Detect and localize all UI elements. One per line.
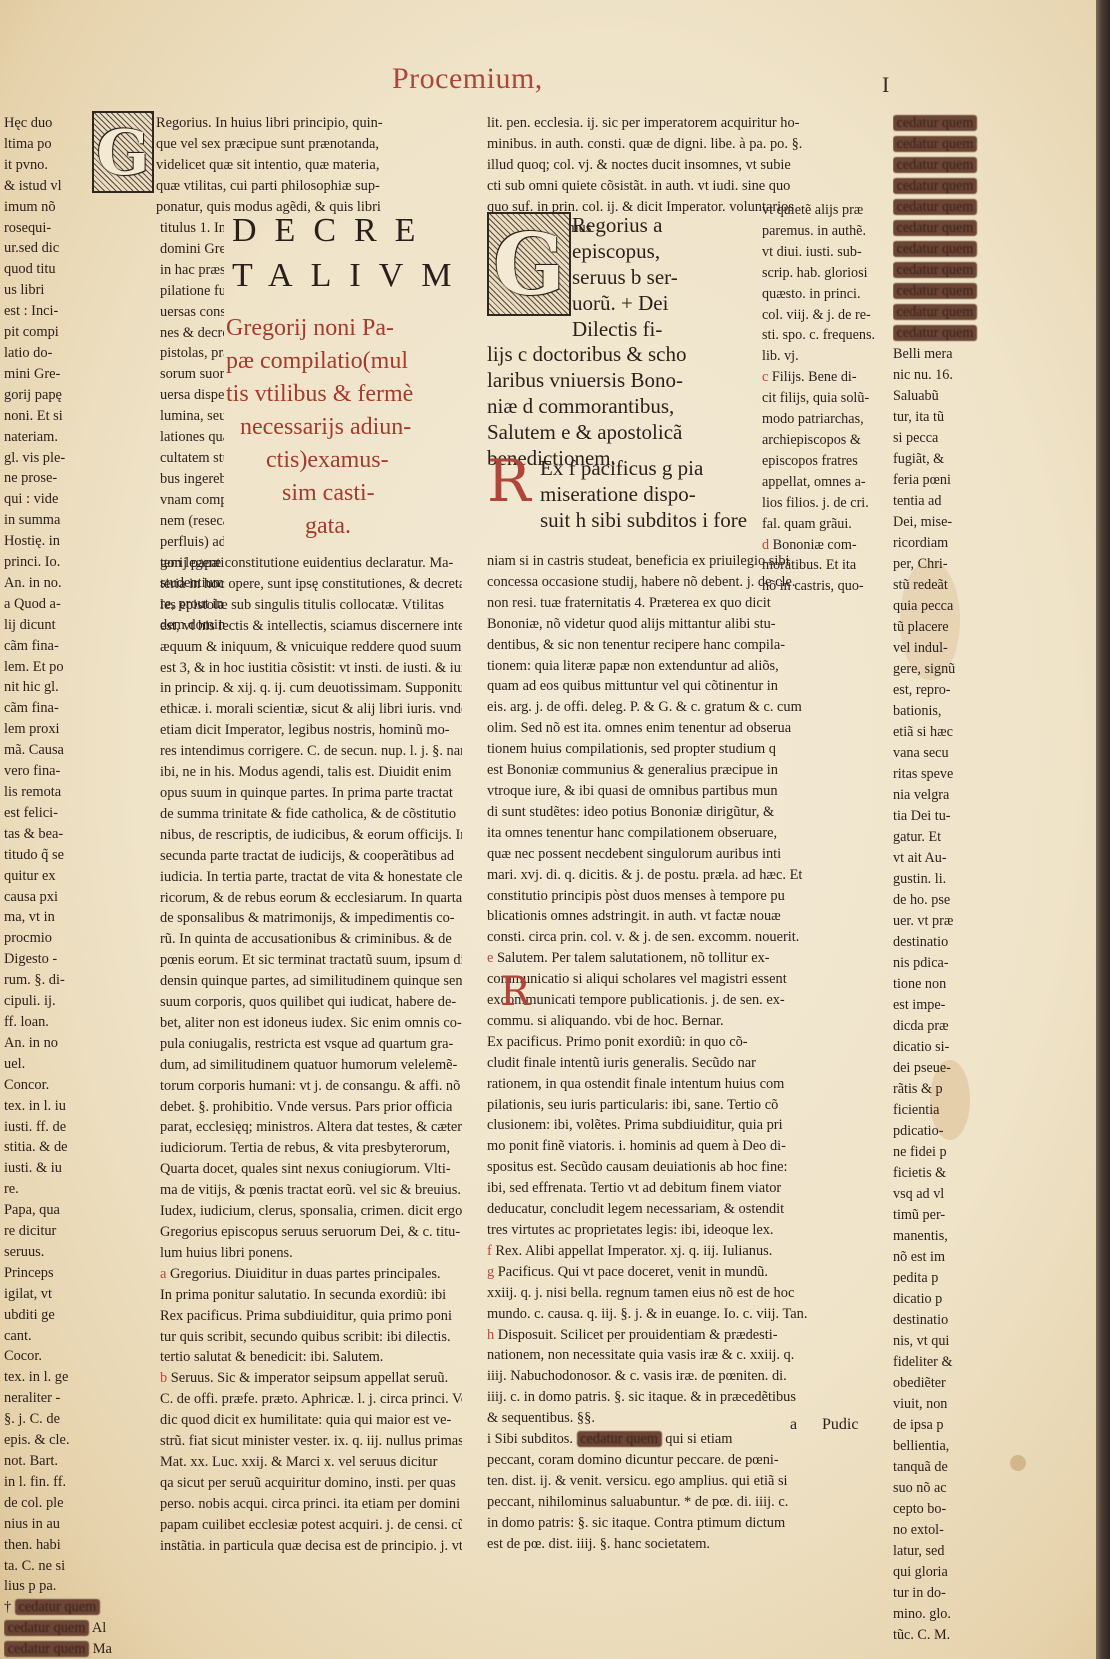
- text-line: nes & decretales e-: [160, 323, 224, 344]
- mid-gloss-lower: niam si in castris studeat, beneficia ex…: [487, 551, 890, 1555]
- text-line: lem. Et po: [4, 657, 154, 678]
- text-line: minibus. in auth. consti. quæ de digni. …: [487, 134, 890, 155]
- text-line: laribus vniuersis Bono-: [487, 367, 686, 393]
- book-page: Procemium, I Hęc duoltima poit pvno.& is…: [0, 0, 1098, 1659]
- text-line: niæ d commorantibus,: [487, 393, 686, 419]
- text-line: iiij. c. in domo patris. §. sic itaque. …: [487, 1387, 890, 1408]
- text-line: Quarta docet, quales sint nexus coniugio…: [160, 1159, 462, 1180]
- text-line: cedatur quem: [893, 239, 993, 260]
- text-line: vt ait Au-: [893, 848, 993, 869]
- text-line: Ex pacificus. Primo ponit exordiũ: in qu…: [487, 1032, 890, 1053]
- text-line: Hostię. in: [4, 531, 154, 552]
- text-line: ritas speve: [893, 764, 993, 785]
- text-line: tanquã de: [893, 1457, 993, 1478]
- text-line: est impe-: [893, 995, 993, 1016]
- text-line: modo patriarchas,: [762, 409, 890, 430]
- text-line: b Seruus. Sic & imperator seipsum appell…: [160, 1368, 462, 1389]
- title-rubric-line: necessarijs adiun-: [240, 411, 411, 444]
- title-rubric-line: gata.: [305, 510, 351, 543]
- text-line: communicatio si aliqui scholares vel mag…: [487, 969, 890, 990]
- text-line: lumina, seu compi-: [160, 406, 224, 427]
- text-line: mo ponit finẽ viatoris. i. hominis ad qu…: [487, 1136, 890, 1157]
- text-line: gorij papæ constitutione euidentius decl…: [160, 553, 462, 574]
- text-line: gl. vis ple-: [4, 448, 154, 469]
- text-line: ficientia: [893, 1100, 993, 1121]
- text-line: no extol-: [893, 1520, 993, 1541]
- struck-through-text: cedatur quem: [893, 283, 977, 299]
- text-line: cti sub omni quiete cõsistãt. in auth. v…: [487, 176, 890, 197]
- note-letter: e: [487, 950, 497, 966]
- text-line: in domo patris: §. sic itaque. Contra pt…: [487, 1513, 890, 1534]
- text-line: latur, sed: [893, 1541, 993, 1562]
- main-gloss-full: gorij papæ constitutione euidentius decl…: [160, 553, 462, 1557]
- struck-through-text: cedatur quem: [4, 1641, 89, 1657]
- text-line: tex. in l. ge: [4, 1367, 154, 1388]
- text-line: tia Dei tu-: [893, 806, 993, 827]
- text-line: uel.: [4, 1054, 154, 1075]
- struck-through-text: cedatur quem: [577, 1431, 662, 1447]
- text-line: rationem, in qua ostendit finale intentu…: [487, 1074, 890, 1095]
- text-line: stitia. & de: [4, 1137, 154, 1158]
- text-line: fal. quam grãui.: [762, 514, 890, 535]
- title-rubric-line: pæ compilatio(mul: [226, 345, 408, 378]
- text-line: etiã si hæc: [893, 722, 993, 743]
- text-line: tionem huius compilationis, sed propter …: [487, 739, 890, 760]
- text-line: igilat, vt: [4, 1284, 154, 1305]
- text-line: seruus b ser-: [572, 264, 678, 290]
- text-line: noni. Et si: [4, 406, 154, 427]
- text-line: re.: [4, 1179, 154, 1200]
- text-line: destinatio: [893, 932, 993, 953]
- text-line: vana secu: [893, 743, 993, 764]
- text-line: Bononiæ, nõ videtur quod alijs mittantur…: [487, 614, 890, 635]
- text-line: An. in no.: [4, 573, 154, 594]
- text-line: spositus est. Secũdo causam deuiationis …: [487, 1157, 890, 1178]
- text-line: niam si in castris studeat, beneficia ex…: [487, 551, 890, 572]
- text-line: In prima ponitur salutatio. In secunda e…: [160, 1285, 462, 1306]
- text-line: bet, aliter non est idoneus iudex. Sic e…: [160, 1013, 462, 1034]
- text-line: ne fidei p: [893, 1142, 993, 1163]
- text-line: secunda parte tractat de iudicijs, & coo…: [160, 846, 462, 867]
- text-line: archiepiscopos &: [762, 430, 890, 451]
- text-line: vnam compilatio-: [160, 490, 224, 511]
- text-line: cedatur quem: [893, 197, 993, 218]
- text-line: feria pœni: [893, 470, 993, 491]
- struck-through-text: cedatur quem: [893, 136, 977, 152]
- note-letter: b: [160, 1370, 171, 1386]
- text-line: Iudex, iudicium, clerus, sponsalia, crim…: [160, 1201, 462, 1222]
- text-line: mundo. c. causa. q. iij. §. j. & in euan…: [487, 1304, 890, 1325]
- text-line: di sunt studẽtes: ideo potius Bononiæ di…: [487, 802, 890, 823]
- text-line: in l. fin. ff.: [4, 1472, 154, 1493]
- text-line: iusti. ff. de: [4, 1117, 154, 1138]
- text-line: est : Inci-: [4, 301, 154, 322]
- decretal-text-opening: Regorius aepiscopus,seruus b ser-uorũ. +…: [572, 212, 678, 342]
- text-line: gere, signũ: [893, 659, 993, 680]
- text-line: perfluis) ad vtilita: [160, 532, 224, 553]
- text-line: rũ. In quinta de accusationibus & crimin…: [160, 929, 462, 950]
- text-line: que vel sex præcipue sunt prænotanda,: [156, 134, 462, 155]
- text-line: lem proxi: [4, 719, 154, 740]
- signature-mark: a: [790, 1416, 797, 1434]
- text-line: videlicet quæ sit intentio, quæ materia,: [156, 155, 462, 176]
- text-line: Mat. xx. Luc. xxij. & Marci x. vel seruu…: [160, 1452, 462, 1473]
- text-line: uersas constitutio-: [160, 302, 224, 323]
- text-line: constitutio principis pòst duos menses à…: [487, 886, 890, 907]
- text-line: cedatur quem: [893, 260, 993, 281]
- decorated-initial-g-text: G: [487, 212, 571, 316]
- text-line: nateriam.: [4, 427, 154, 448]
- text-line: dentibus, & sic non tenentur recipere ha…: [487, 635, 890, 656]
- text-line: cedatur quem: [893, 323, 993, 344]
- text-line: gustin. li.: [893, 869, 993, 890]
- text-line: domini Gregorij: [160, 239, 224, 260]
- text-line: ibi, sed effrenata. Tertio vt ad debitum…: [487, 1178, 890, 1199]
- text-line: iiij. Nabuchodonosor. & c. vasis iræ. de…: [487, 1366, 890, 1387]
- text-line: cedatur quem: [893, 113, 993, 134]
- text-line: cedatur quem: [893, 176, 993, 197]
- note-letter: c: [762, 369, 772, 385]
- text-line: quæsto. in princi.: [762, 284, 890, 305]
- struck-through-text: cedatur quem: [893, 178, 977, 194]
- text-line: obediẽter: [893, 1373, 993, 1394]
- struck-through-text: cedatur quem: [893, 115, 977, 131]
- text-line: dicda præ: [893, 1016, 993, 1037]
- text-line: lum huius libri ponens.: [160, 1243, 462, 1264]
- text-line: est de pœ. dist. iiij. §. hanc societate…: [487, 1534, 890, 1555]
- page-edge: [1096, 0, 1110, 1659]
- note-letter: g: [487, 1264, 498, 1280]
- text-line: manentis,: [893, 1226, 993, 1247]
- text-line: cedatur quem: [893, 218, 993, 239]
- text-line: est 3, & in hoc iustitia cõsistit: vt in…: [160, 658, 462, 679]
- text-line: nic nu. 16.: [893, 365, 993, 386]
- struck-through-text: cedatur quem: [893, 220, 977, 236]
- text-line: qui gloria: [893, 1562, 993, 1583]
- catchword: Pudic: [822, 1416, 858, 1434]
- text-line: blicationis omnes adstringit. in auth. v…: [487, 906, 890, 927]
- text-line: per, Chri-: [893, 554, 993, 575]
- text-line: Dilectis fi-: [572, 316, 678, 342]
- text-line: † cedatur quem: [4, 1597, 154, 1618]
- text-line: Concor.: [4, 1075, 154, 1096]
- right-column-gloss: vt quietẽ alijs præparemus. in authẽ.vt …: [762, 200, 890, 597]
- text-line: pedita p: [893, 1268, 993, 1289]
- text-line: peccant, coram domino dicuntur peccare. …: [487, 1450, 890, 1471]
- text-line: lij dicunt: [4, 615, 154, 636]
- text-line: mino. glo.: [893, 1604, 993, 1625]
- text-line: lijs c doctoribus & scho: [487, 341, 686, 367]
- text-line: in hac præsenti cõ-: [160, 260, 224, 281]
- text-line: nationem, non necessitate quia vasis iræ…: [487, 1345, 890, 1366]
- text-line: nibus, de rescriptis, de iudicibus, & eo…: [160, 825, 462, 846]
- text-line: tur, ita tũ: [893, 407, 993, 428]
- note-letter: a: [160, 1266, 170, 1282]
- text-line: Belli mera: [893, 344, 993, 365]
- text-line: xxiij. q. j. nisi bella. regnum tamen ei…: [487, 1283, 890, 1304]
- text-line: epis. & cle.: [4, 1430, 154, 1451]
- initial-letter: G: [489, 214, 569, 314]
- text-line: excommunicati tempore publicationis. j. …: [487, 990, 890, 1011]
- text-line: Salutem e & apostolicã: [487, 419, 686, 445]
- folio-number: I: [882, 72, 889, 98]
- note-letter: h: [487, 1327, 498, 1343]
- text-line: tex. in l. iu: [4, 1096, 154, 1117]
- text-line: scrip. hab. gloriosi: [762, 263, 890, 284]
- text-line: est Bononiæ communius & generalius præci…: [487, 760, 890, 781]
- text-line: gatur. Et: [893, 827, 993, 848]
- text-line: cãm fina-: [4, 636, 154, 657]
- text-line: Regorius. In huius libri principio, quin…: [156, 113, 462, 134]
- text-line: f Rex. Alibi appellat Imperator. xj. q. …: [487, 1241, 890, 1262]
- text-line: cedatur quem: [893, 281, 993, 302]
- text-line: a Gregorius. Diuiditur in duas partes pr…: [160, 1264, 462, 1285]
- text-line: dic quod dicit ex humilitate: quia qui m…: [160, 1410, 462, 1431]
- title-talium: TALIVM: [232, 257, 469, 295]
- text-line: cedatur quem Al: [4, 1618, 154, 1639]
- title-rubric-line: ctis)examus-: [266, 444, 389, 477]
- text-line: rãtis & p: [893, 1079, 993, 1100]
- text-line: bellientia,: [893, 1436, 993, 1457]
- text-line: densin quinque partes, ad similitudinem …: [160, 971, 462, 992]
- text-line: uersa dispersas vo-: [160, 385, 224, 406]
- text-line: cepto bo-: [893, 1499, 993, 1520]
- text-line: eis. arg. j. de offi. deleg. P. & G. & c…: [487, 697, 890, 718]
- rubric-initial-r-gloss: R: [500, 972, 530, 1012]
- text-line: uer. vt præ: [893, 911, 993, 932]
- text-line: suit h sibi subditos i fore: [540, 507, 747, 533]
- text-line: latio do-: [4, 343, 154, 364]
- text-line: quam ad eos quibus mittuntur vel qui cõt…: [487, 676, 890, 697]
- text-line: tũ placere: [893, 617, 993, 638]
- text-line: ibi, ne in his. Modus agendi, talis est.…: [160, 762, 462, 783]
- text-line: vero fina-: [4, 761, 154, 782]
- text-line: bus ingerebant, in: [160, 469, 224, 490]
- text-line: in summa: [4, 510, 154, 531]
- struck-through-text: cedatur quem: [4, 1620, 89, 1636]
- text-line: vtroque iure, & ibi quasi de omnibus par…: [487, 781, 890, 802]
- text-line: nia velgra: [893, 785, 993, 806]
- text-line: commu. si aliquando. vbi de hoc. Bernar.: [487, 1011, 890, 1032]
- text-line: lis remota: [4, 782, 154, 803]
- text-line: rosequi-: [4, 218, 154, 239]
- text-line: mari. xvj. di. q. dicitis. & j. de postu…: [487, 865, 890, 886]
- text-line: pilatione fuit di-: [160, 281, 224, 302]
- text-line: appellat, omnes a-: [762, 472, 890, 493]
- text-line: suum corporis, quos quilibet qui iudicat…: [160, 992, 462, 1013]
- text-line: ricorum, & de rebus eorum & ecclesiarum.…: [160, 888, 462, 909]
- text-line: lationes quæ diffi-: [160, 427, 224, 448]
- text-line: parat, ecclesięq; ministros. Altera dat …: [160, 1117, 462, 1138]
- text-line: Saluabũ: [893, 386, 993, 407]
- text-line: lios filios. j. de cri.: [762, 493, 890, 514]
- text-line: vel indul-: [893, 638, 993, 659]
- text-line: clusionem: ibi, volẽtes. Prima subdiuidi…: [487, 1115, 890, 1136]
- text-line: tur in do-: [893, 1583, 993, 1604]
- text-line: Digesto -: [4, 949, 154, 970]
- title-rubric-line: Gregorij noni Pa-: [226, 312, 394, 345]
- text-line: cãm fina-: [4, 698, 154, 719]
- text-line: ne prose-: [4, 468, 154, 489]
- ink-stain: [1010, 1455, 1026, 1471]
- text-line: dicatio p: [893, 1289, 993, 1310]
- text-line: paremus. in authẽ.: [762, 221, 890, 242]
- text-line: tione non: [893, 974, 993, 995]
- text-line: cedatur quem: [893, 134, 993, 155]
- text-line: vsq ad vl: [893, 1184, 993, 1205]
- text-line: consti. circa prin. col. v. & j. de sen.…: [487, 927, 890, 948]
- text-line: fugiãt, &: [893, 449, 993, 470]
- text-line: tur quis scribit, secundo quibus scribit…: [160, 1327, 462, 1348]
- text-line: tertio salutat & benedicit: ibi. Salutem…: [160, 1347, 462, 1368]
- text-line: pistolas, prædeces-: [160, 343, 224, 364]
- note-letter: f: [487, 1243, 495, 1259]
- text-line: cipuli. ij.: [4, 991, 154, 1012]
- text-line: est, vt his lectis & intellectis, sciamu…: [160, 616, 462, 637]
- text-line: Rex pacificus. Prima subdiuiditur, quia …: [160, 1306, 462, 1327]
- text-line: tũc. C. M.: [893, 1625, 993, 1646]
- text-line: h Disposuit. Scilicet per prouidentiam &…: [487, 1325, 890, 1346]
- text-line: dum, ad similitudinem quatuor humorum ve…: [160, 1055, 462, 1076]
- text-line: suo nõ ac: [893, 1478, 993, 1499]
- text-line: deducatur, concludit legem necessariam, …: [487, 1199, 890, 1220]
- text-line: causa pxi: [4, 887, 154, 908]
- far-right-margin-gloss: cedatur quem cedatur quem cedatur quem c…: [893, 113, 993, 1646]
- text-line: nõ est im: [893, 1247, 993, 1268]
- text-line: quæ vtilitas, cui parti philosophiæ sup-: [156, 176, 462, 197]
- text-line: Dei, mise-: [893, 512, 993, 533]
- text-line: cludit finale intentũ iuris generalis. S…: [487, 1053, 890, 1074]
- text-line: episcopos fratres: [762, 451, 890, 472]
- text-line: pit compi: [4, 322, 154, 343]
- struck-through-text: cedatur quem: [893, 241, 977, 257]
- text-line: nit hic gl.: [4, 677, 154, 698]
- text-line: tas & bea-: [4, 824, 154, 845]
- running-head: Procemium,: [392, 62, 543, 96]
- text-line: fideliter &: [893, 1352, 993, 1373]
- text-line: de summa trinitate & fide catholica, & d…: [160, 804, 462, 825]
- text-line: est felici-: [4, 803, 154, 824]
- struck-through-text: cedatur quem: [893, 304, 977, 320]
- struck-through-text: cedatur quem: [893, 199, 977, 215]
- text-line: sorum suorũ in di-: [160, 364, 224, 385]
- text-line: tres virtutes ac proprietates legis: ibi…: [487, 1220, 890, 1241]
- text-line: episcopus,: [572, 238, 678, 264]
- text-line: uorũ. + Dei: [572, 290, 678, 316]
- text-line: res intendimus corrigere. C. de secun. n…: [160, 741, 462, 762]
- text-line: us libri: [4, 280, 154, 301]
- text-line: nis pdica-: [893, 953, 993, 974]
- text-line: c Filijs. Bene di-: [762, 367, 890, 388]
- text-line: neraliter -: [4, 1388, 154, 1409]
- text-line: etiam dicit Imperator, legibus nostris, …: [160, 720, 462, 741]
- text-line: cant.: [4, 1326, 154, 1347]
- text-line: tionem: quia literæ papæ non extenduntur…: [487, 656, 890, 677]
- text-line: torum corporis humani: vt j. de consangu…: [160, 1076, 462, 1097]
- text-line: stũ redeãt: [893, 575, 993, 596]
- struck-through-text: cedatur quem: [893, 157, 977, 173]
- text-line: de col. ple: [4, 1493, 154, 1514]
- text-line: nis, vt qui: [893, 1331, 993, 1352]
- text-line: then. habi: [4, 1535, 154, 1556]
- text-line: miseratione dispo-: [540, 481, 747, 507]
- left-margin-gloss: Hęc duoltima poit pvno.& istud vlimum nõ…: [4, 113, 154, 1659]
- text-line: dicatio si-: [893, 1037, 993, 1058]
- decorated-initial-g-gloss: G: [92, 111, 154, 193]
- text-line: ethicæ. i. morali scientiæ, sicut & alij…: [160, 699, 462, 720]
- text-line: viuit, non: [893, 1394, 993, 1415]
- text-line: C. de offi. præfe. præto. Aphricæ. l. j.…: [160, 1389, 462, 1410]
- text-line: quia pecca: [893, 596, 993, 617]
- text-line: ur.sed dic: [4, 238, 154, 259]
- text-line: Princeps: [4, 1263, 154, 1284]
- text-line: princi. Io.: [4, 552, 154, 573]
- text-line: de sponsalibus & matrimonijs, & impedime…: [160, 908, 462, 929]
- text-line: instãtia. in particula quæ decisa est de…: [160, 1536, 462, 1557]
- text-line: nius in au: [4, 1514, 154, 1535]
- text-line: teria in hoc opere, sunt ipsę constituti…: [160, 574, 462, 595]
- text-line: iudiciorum. Tertia de rebus, & vita pres…: [160, 1138, 462, 1159]
- text-line: les epistolæ sub singulis titulis colloc…: [160, 595, 462, 616]
- text-line: qui : vide: [4, 489, 154, 510]
- text-line: ficietis &: [893, 1163, 993, 1184]
- title-decre: DECRE: [232, 212, 433, 250]
- initial-letter: G: [94, 113, 152, 191]
- text-line: æquum & iniquum, & vnicuique reddere quo…: [160, 637, 462, 658]
- text-line: lib. vj.: [762, 346, 890, 367]
- text-line: mini Gre-: [4, 364, 154, 385]
- title-rubric-line: sim casti-: [282, 477, 375, 510]
- text-line: pdicatio-: [893, 1121, 993, 1142]
- text-line: ta. C. ne si: [4, 1556, 154, 1577]
- text-line: col. viij. & j. de re-: [762, 305, 890, 326]
- text-line: non resi. tuæ fraternitatis 4. Præterea …: [487, 593, 890, 614]
- text-line: quæ nec possent necdebent singulorum aur…: [487, 844, 890, 865]
- text-line: tentia ad: [893, 491, 993, 512]
- text-line: olim. Sed nõ est ita. omnes enim tenentu…: [487, 718, 890, 739]
- text-line: concessa occasione studij, habere nõ deb…: [487, 572, 890, 593]
- text-line: procmio: [4, 928, 154, 949]
- text-line: not. Bart.: [4, 1451, 154, 1472]
- text-line: peccant, nihilominus saluabuntur. * de p…: [487, 1492, 890, 1513]
- text-line: An. in no: [4, 1033, 154, 1054]
- text-line: timũ per-: [893, 1205, 993, 1226]
- text-line: titulus 1. Intentio: [160, 218, 224, 239]
- struck-through-text: cedatur quem: [893, 325, 977, 341]
- text-line: pilationis, seu iuris particularis: ibi,…: [487, 1095, 890, 1116]
- text-line: imum nõ: [4, 197, 154, 218]
- text-line: debet. §. prohibitio. Vnde versus. Pars …: [160, 1097, 462, 1118]
- text-line: destinatio: [893, 1310, 993, 1331]
- text-line: g Pacificus. Qui vt pace doceret, venit …: [487, 1262, 890, 1283]
- text-line: si pecca: [893, 428, 993, 449]
- text-line: Ex f pacificus g pia: [540, 455, 747, 481]
- text-line: re dicitur: [4, 1221, 154, 1242]
- text-line: nem (resecatis su-: [160, 511, 224, 532]
- text-line: ma, vt in: [4, 907, 154, 928]
- text-line: §. j. C. de: [4, 1409, 154, 1430]
- text-line: qa sicut per seruũ acquiritur domino, in…: [160, 1473, 462, 1494]
- text-line: sti. spo. c. frequens.: [762, 325, 890, 346]
- text-line: e Salutem. Per talem salutationem, nõ to…: [487, 948, 890, 969]
- text-line: lius p pa.: [4, 1576, 154, 1597]
- struck-through-text: cedatur quem: [893, 262, 977, 278]
- text-line: Regorius a: [572, 212, 678, 238]
- text-line: opus suum in quinque partes. In prima pa…: [160, 783, 462, 804]
- text-line: ubditi ge: [4, 1305, 154, 1326]
- text-line: pula coniugalis, restricta est vsque ad …: [160, 1034, 462, 1055]
- text-line: de ho. pse: [893, 890, 993, 911]
